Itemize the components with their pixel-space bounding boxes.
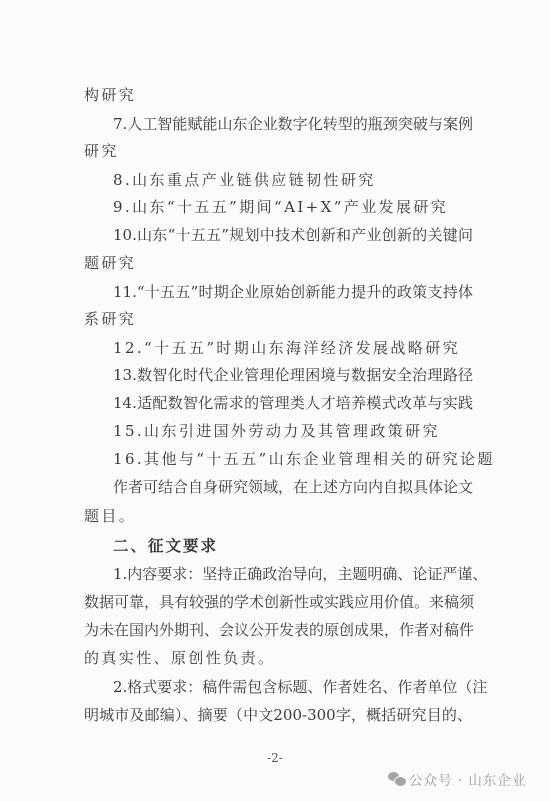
section-heading: 二、征文要求 [113, 536, 473, 556]
wechat-icon [388, 772, 405, 786]
text-line: 13.数智化时代企业管理伦理困境与数据安全治理路径 [113, 365, 473, 385]
text-line: 11.“十五五”时期企业原始创新能力提升的政策支持体 [113, 282, 473, 302]
text-line: 的真实性、原创性负责。 [84, 648, 472, 668]
text-line: 作者可结合自身研究领域，在上述方向内自拟具体论文 [113, 477, 473, 497]
text-line: 9.山东“十五五”期间“AI+X”产业发展研究 [113, 197, 473, 217]
text-line: 系研究 [84, 309, 472, 329]
text-line: 10.山东“十五五”规划中技术创新和产业创新的关键问 [113, 225, 473, 245]
text-line: 12.“十五五”时期山东海洋经济发展战略研究 [113, 338, 473, 358]
text-line: 14.适配数智化需求的管理类人才培养模式改革与实践 [113, 393, 473, 413]
text-line: 明城市及邮编）、摘要（中文200-300字，概括研究目的、 [84, 705, 472, 725]
text-line: 题目。 [84, 506, 472, 526]
watermark: 公众号 · 山东企业 [388, 769, 526, 789]
document-page: -2- 公众号 · 山东企业 构研究7.人工智能赋能山东企业数字化转型的瓶颈突破… [0, 0, 550, 801]
watermark-text: 公众号 · 山东企业 [409, 769, 526, 789]
text-line: 15.山东引进国外劳动力及其管理政策研究 [113, 421, 473, 441]
text-line: 2.格式要求：稿件需包含标题、作者姓名、作者单位（注 [113, 677, 473, 697]
text-line: 8.山东重点产业链供应链韧性研究 [113, 170, 473, 190]
page-number: -2- [0, 751, 550, 765]
text-line: 1.内容要求：坚持正确政治导向，主题明确、论证严谨、 [113, 564, 473, 584]
text-line: 16.其他与“十五五”山东企业管理相关的研究论题 [113, 449, 473, 469]
text-line: 数据可靠，具有较强的学术创新性或实践应用价值。来稿须 [84, 592, 472, 612]
text-line: 7.人工智能赋能山东企业数字化转型的瓶颈突破与案例 [113, 114, 473, 134]
text-line: 研究 [84, 141, 472, 161]
text-line: 题研究 [84, 253, 472, 273]
text-line: 为未在国内外期刊、会议公开发表的原创成果，作者对稿件 [84, 620, 472, 640]
text-line: 构研究 [84, 85, 472, 105]
